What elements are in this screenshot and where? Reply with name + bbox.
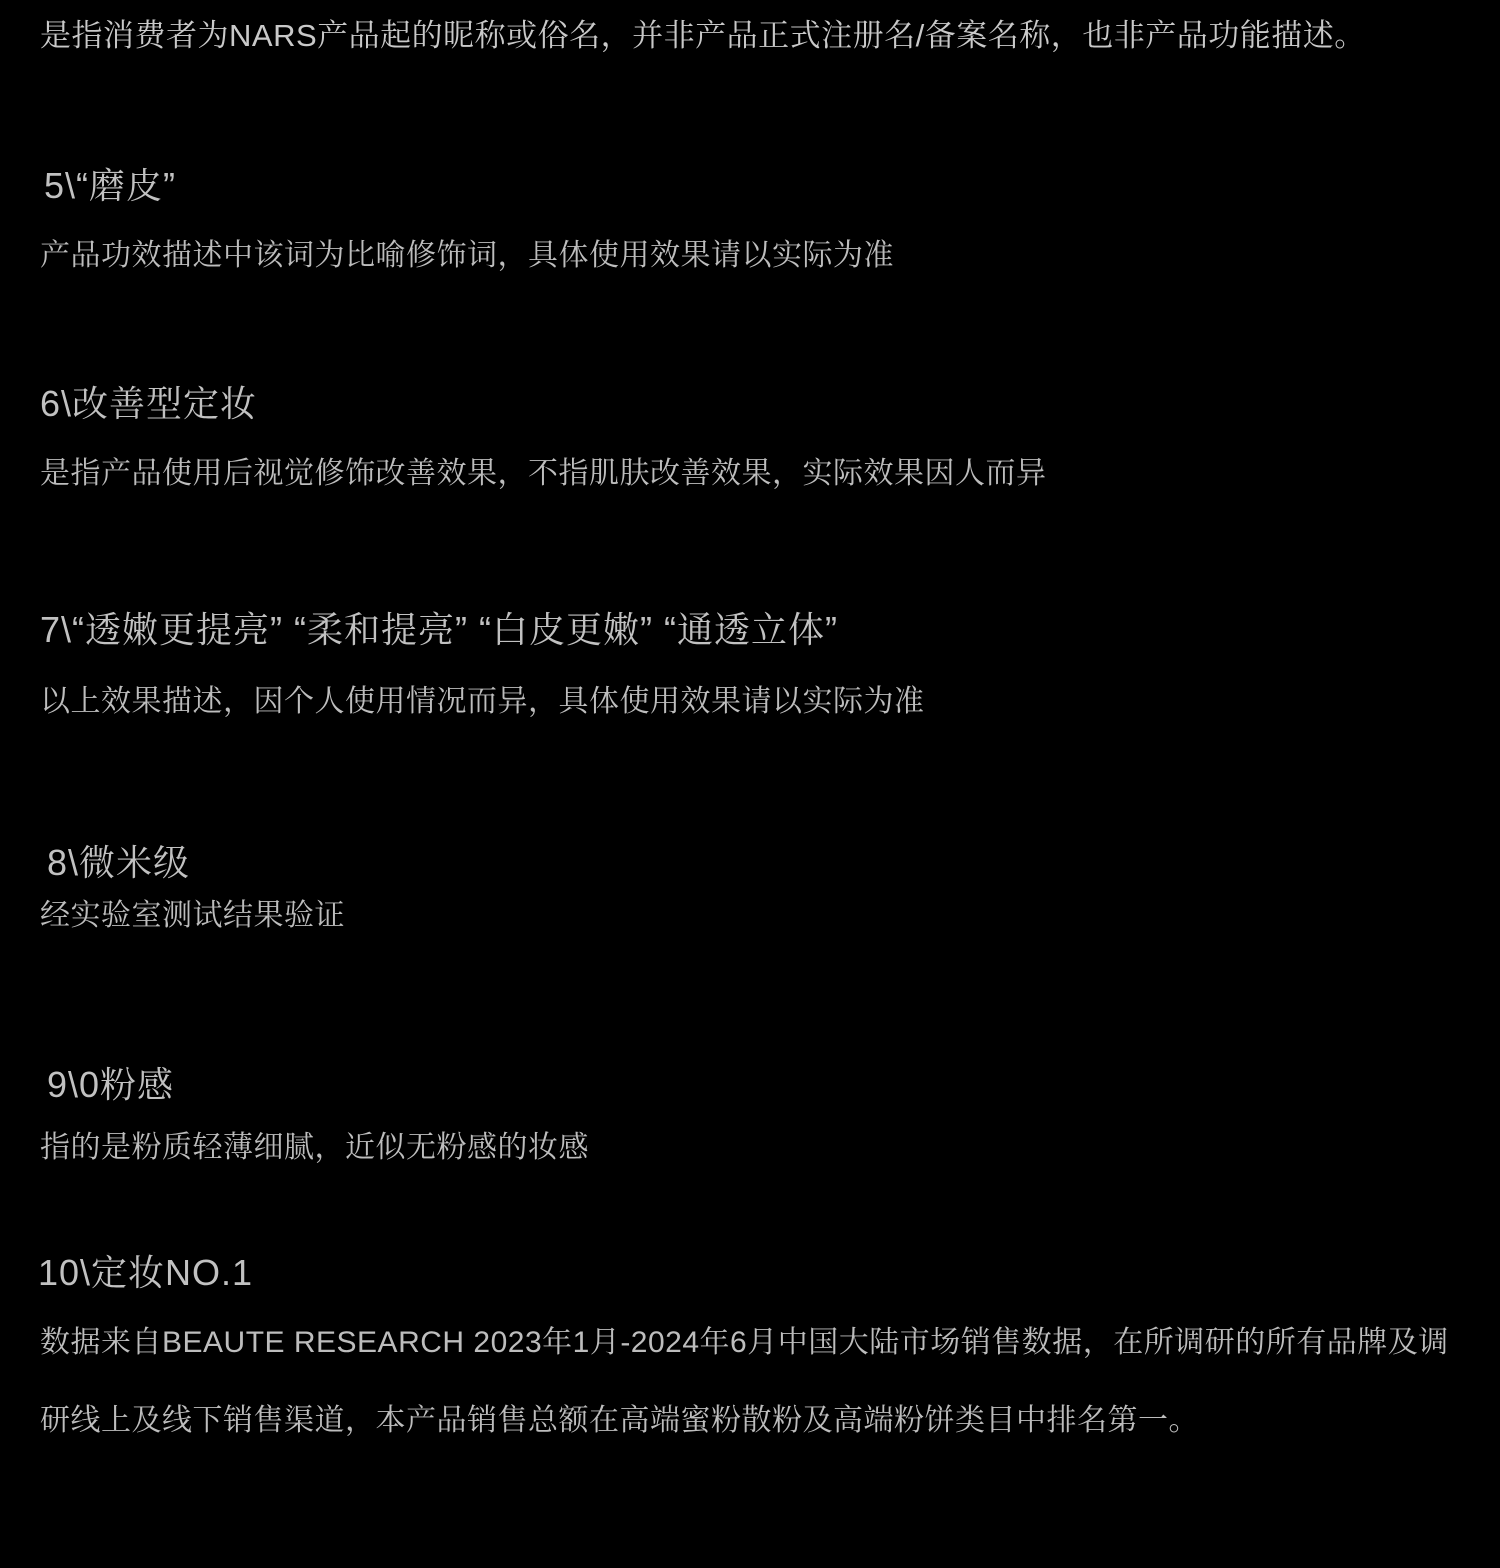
intro-note-text: 是指消费者为NARS产品起的昵称或俗名，并非产品正式注册名/备案名称，也非产品功… (40, 16, 1366, 56)
note-7-heading: 7\“透嫩更提亮” “柔和提亮” “白皮更嫩” “通透立体” (40, 608, 838, 652)
note-8-body: 经实验室测试结果验证 (40, 897, 345, 935)
note-7-body: 以上效果描述，因个人使用情况而异，具体使用效果请以实际为准 (40, 683, 925, 721)
note-6-body: 是指产品使用后视觉修饰改善效果，不指肌肤改善效果，实际效果因人而异 (40, 455, 1047, 493)
product-disclaimer-page: 是指消费者为NARS产品起的昵称或俗名，并非产品正式注册名/备案名称，也非产品功… (0, 0, 1500, 1568)
note-5-heading: 5\“磨皮” (44, 164, 176, 208)
note-8-heading: 8\微米级 (47, 841, 190, 885)
note-10-heading: 10\定妆NO.1 (38, 1251, 253, 1295)
note-9-body: 指的是粉质轻薄细腻，近似无粉感的妆感 (40, 1129, 589, 1167)
note-5-body: 产品功效描述中该词为比喻修饰词，具体使用效果请以实际为准 (40, 237, 894, 275)
note-6-heading: 6\改善型定妆 (40, 382, 257, 426)
note-10-body: 数据来自BEAUTE RESEARCH 2023年1月-2024年6月中国大陆市… (40, 1304, 1462, 1460)
note-9-heading: 9\0粉感 (47, 1063, 174, 1107)
